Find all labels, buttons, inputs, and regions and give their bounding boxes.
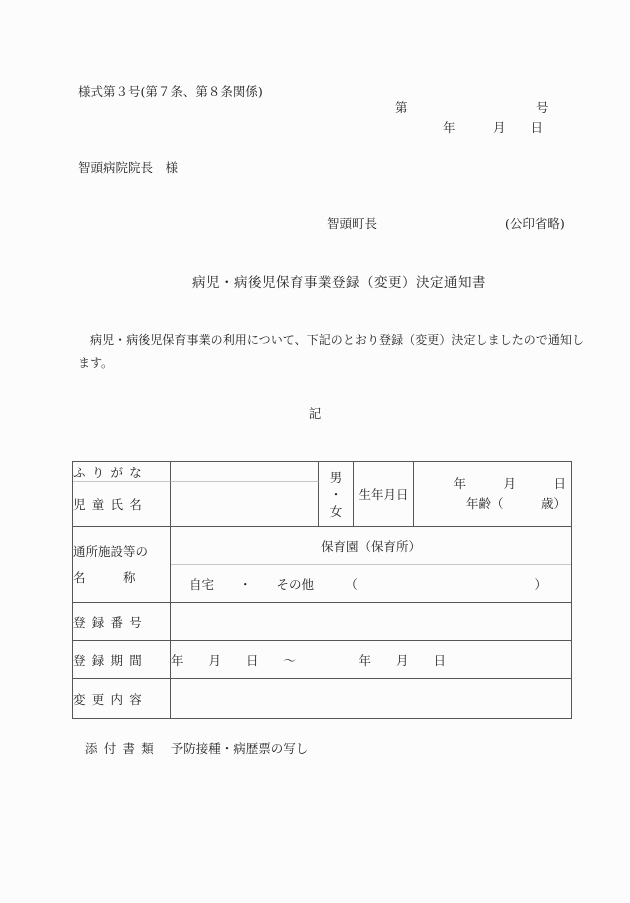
sender-name: 智頭町長 [327, 214, 377, 232]
facility-option-home-close-paren: ） [534, 575, 547, 593]
registration-number-value-cell [171, 603, 571, 641]
facility-label-line1: 通所施設等の [73, 539, 170, 565]
birth-date-label-cell: 生年月日 [354, 462, 414, 527]
doc-number-prefix: 第 [395, 98, 408, 116]
record-mark: 記 [0, 404, 630, 422]
furigana-value-cell [171, 462, 319, 482]
furigana-label-cell: ふ り が な [73, 462, 171, 482]
registration-number-label-cell: 登 録 番 号 [73, 603, 171, 641]
birth-date-value-cell: 年 月 日 年齢（ 歳） [414, 462, 571, 527]
age-placeholder: 年齢（ 歳） [414, 494, 571, 514]
child-name-label-cell: 児 童 氏 名 [73, 482, 171, 527]
body-paragraph: 病児・病後児保育事業の利用について、下記のとおり登録（変更）決定しましたので通知… [78, 329, 584, 374]
change-details-label-cell: 変 更 内 容 [73, 679, 171, 718]
doc-number-suffix: 号 [536, 98, 549, 116]
seal-note: (公印省略) [505, 214, 565, 232]
birth-date-placeholder: 年 月 日 [414, 474, 571, 494]
sender-line: 智頭町長 (公印省略) [0, 214, 630, 230]
facility-name-label-cell: 通所施設等の 名 称 [73, 527, 171, 603]
registration-table: ふ り が な 男 ・ 女 生年月日 年 月 日 年齢（ 歳） 児 童 氏 名 … [72, 461, 572, 719]
attachment-label: 添 付 書 類 [85, 739, 154, 757]
registration-period-label-cell: 登 録 期 間 [73, 641, 171, 679]
addressee: 智頭病院院長 様 [78, 158, 178, 176]
date-line: 年 月 日 [443, 118, 543, 136]
facility-option-home-text: 自宅 ・ その他 （ [189, 575, 358, 593]
child-name-value-cell [171, 482, 319, 527]
document-title: 病児・病後児保育事業登録（変更）決定通知書 [0, 271, 630, 291]
attachment-value: 予防接種・病歴票の写し [171, 739, 309, 757]
attachment-line: 添 付 書 類 予防接種・病歴票の写し [85, 739, 308, 757]
facility-option-nursery-cell: 保育園（保育所） [171, 527, 571, 565]
registration-period-value-cell: 年 月 日 ～ 年 月 日 [171, 641, 571, 679]
sex-options-cell: 男 ・ 女 [319, 462, 354, 527]
facility-label-line2: 名 称 [73, 565, 170, 591]
doc-number-line: 第 号 [0, 98, 630, 114]
facility-option-home-cell: 自宅 ・ その他 （ ） [171, 565, 571, 603]
change-details-value-cell [171, 679, 571, 718]
